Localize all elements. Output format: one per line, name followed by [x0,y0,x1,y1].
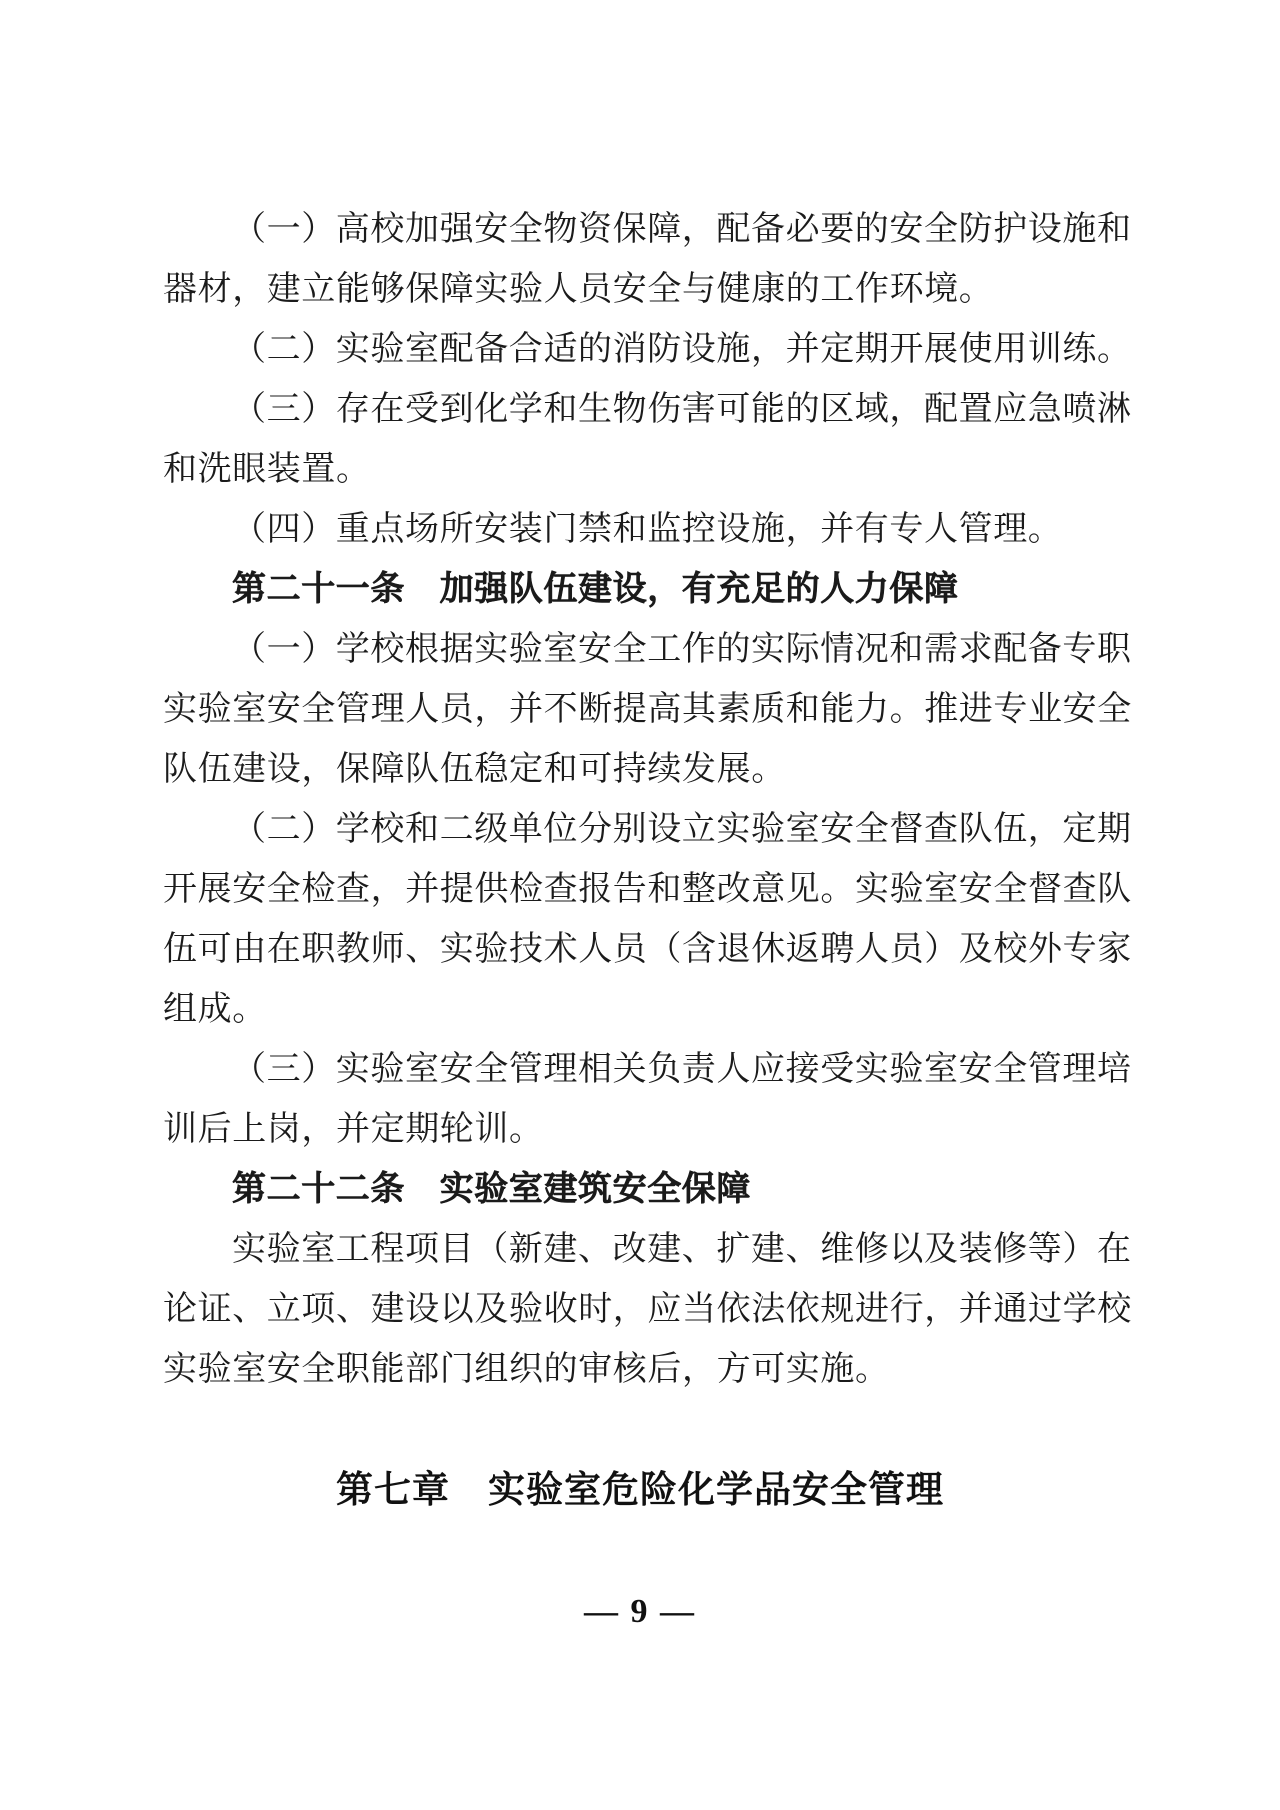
text-line: 实验室安全管理人员，并不断提高其素质和能力。推进专业安全 [163,680,1138,740]
text-line: 器材，建立能够保障实验人员安全与健康的工作环境。 [163,260,1138,320]
text-line: （二）学校和二级单位分别设立实验室安全督查队伍，定期 [163,800,1138,860]
text-line: （三）存在受到化学和生物伤害可能的区域，配置应急喷淋 [163,380,1138,440]
body-text: （一）高校加强安全物资保障，配备必要的安全防护设施和器材，建立能够保障实验人员安… [163,200,1138,1400]
text-line: 训后上岗，并定期轮训。 [163,1100,1138,1160]
text-line: 开展安全检查，并提供检查报告和整改意见。实验室安全督查队 [163,860,1138,920]
document-page: （一）高校加强安全物资保障，配备必要的安全防护设施和器材，建立能够保障实验人员安… [0,0,1280,1810]
text-line: 伍可由在职教师、实验技术人员（含退休返聘人员）及校外专家 [163,920,1138,980]
text-line: 组成。 [163,980,1138,1040]
text-line: 论证、立项、建设以及验收时，应当依法依规进行，并通过学校 [163,1280,1138,1340]
text-line: 第二十一条 加强队伍建设，有充足的人力保障 [163,560,1138,620]
text-line: 实验室工程项目（新建、改建、扩建、维修以及装修等）在 [163,1220,1138,1280]
text-line: 实验室安全职能部门组织的审核后，方可实施。 [163,1340,1138,1400]
text-line: （三）实验室安全管理相关负责人应接受实验室安全管理培 [163,1040,1138,1100]
text-line: （一）高校加强安全物资保障，配备必要的安全防护设施和 [163,200,1138,260]
page-number: — 9 — [0,1590,1280,1634]
text-line: 队伍建设，保障队伍稳定和可持续发展。 [163,740,1138,800]
text-line: （四）重点场所安装门禁和监控设施，并有专人管理。 [163,500,1138,560]
text-line: （二）实验室配备合适的消防设施，并定期开展使用训练。 [163,320,1138,380]
text-line: （一）学校根据实验室安全工作的实际情况和需求配备专职 [163,620,1138,680]
text-line: 和洗眼装置。 [163,440,1138,500]
text-line: 第二十二条 实验室建筑安全保障 [163,1160,1138,1220]
chapter-heading: 第七章 实验室危险化学品安全管理 [0,1460,1280,1520]
